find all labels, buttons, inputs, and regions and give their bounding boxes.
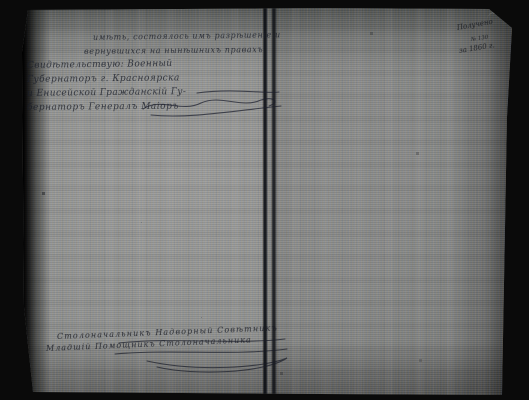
- closing-flourish-icon: [113, 337, 293, 377]
- received-note-line: за 1860 г.: [458, 41, 495, 55]
- manuscript-line: Губернаторъ г. Красноярска: [27, 73, 180, 85]
- signature-flourish-icon: [139, 91, 289, 121]
- manuscript-line: вернувшихся на нынѣшнихъ правахъ: [84, 45, 263, 56]
- manuscript-line: Свидѣтельствую: Военный: [27, 59, 173, 71]
- manuscript-line: имѣть, состоялось имъ разрѣшеніе и: [93, 30, 281, 42]
- scan-background: имѣть, состоялось имъ разрѣшеніе и верну…: [0, 0, 529, 400]
- paper-specks: [21, 7, 22, 8]
- document-spread: имѣть, состоялось имъ разрѣшеніе и верну…: [21, 7, 515, 396]
